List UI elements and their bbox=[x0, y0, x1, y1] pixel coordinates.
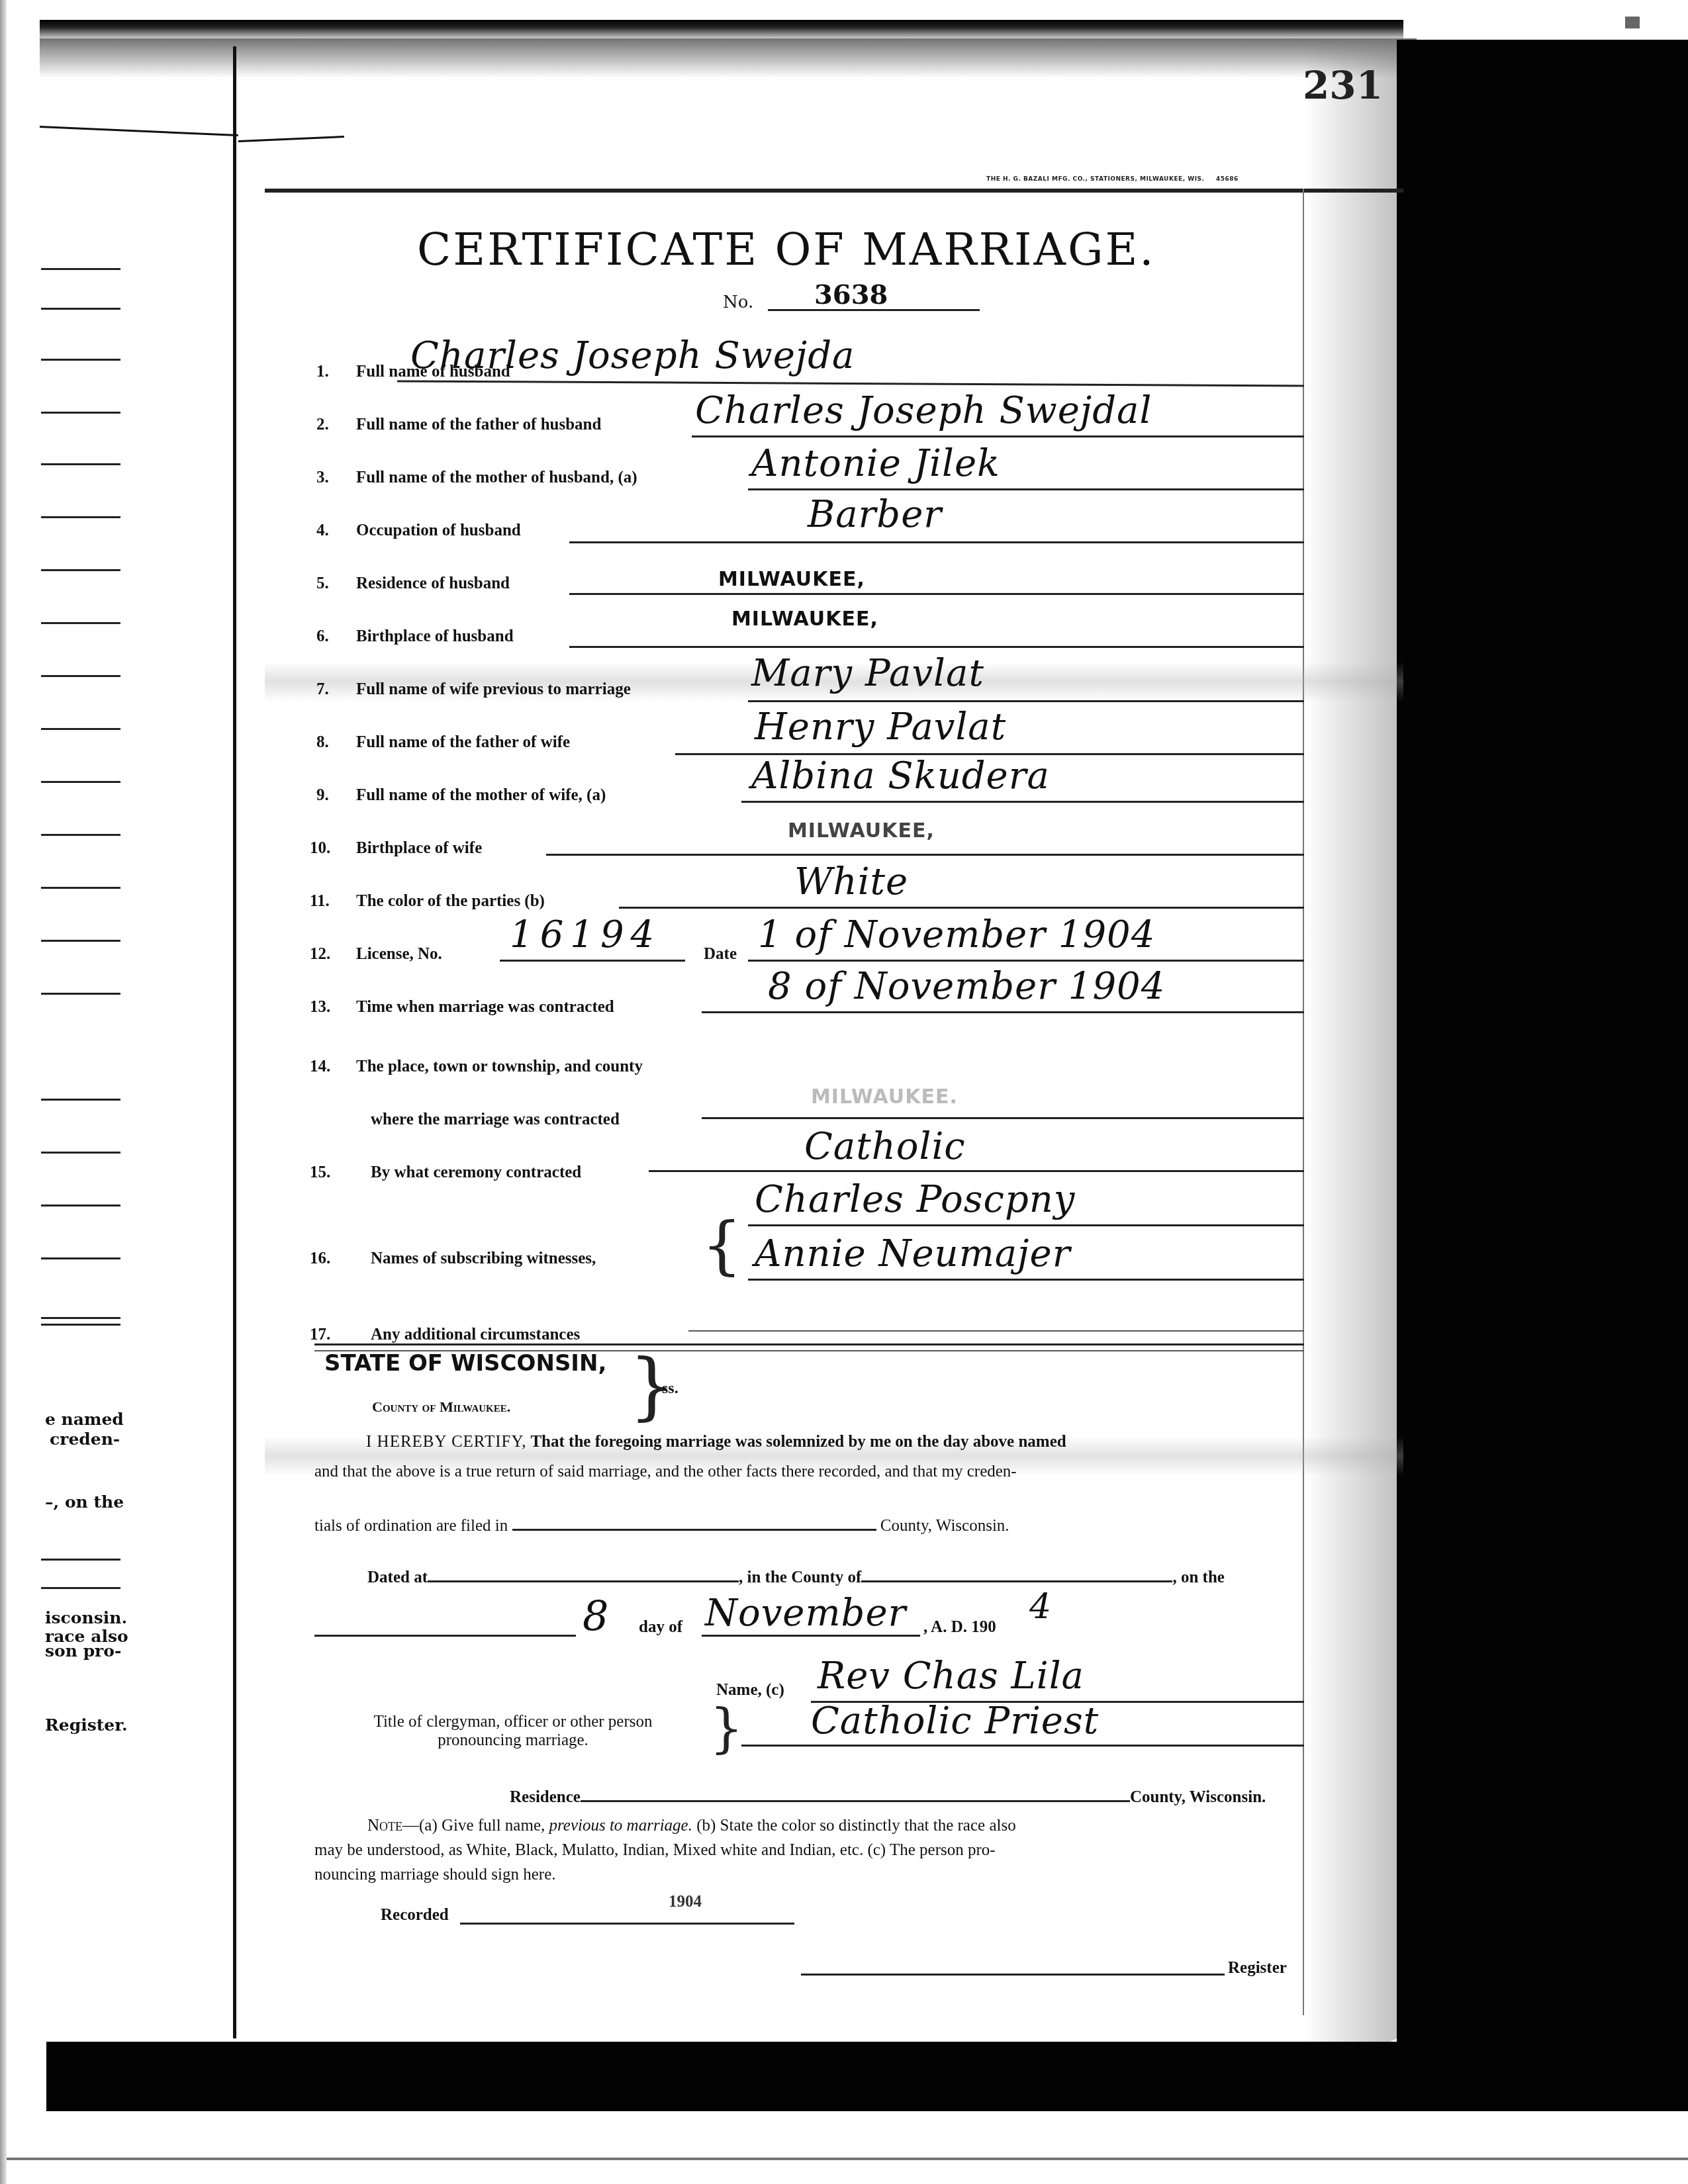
stub-rule bbox=[41, 728, 120, 730]
stub-rule bbox=[41, 1205, 120, 1206]
residence-suffix: County, Wisconsin. bbox=[1130, 1788, 1266, 1806]
field-number: 5. bbox=[316, 574, 329, 593]
fill-line bbox=[741, 1745, 1304, 1747]
printer-imprint: THE H. G. BAZALI MFG. CO., STATIONERS, M… bbox=[986, 176, 1239, 183]
certificate-number-label: No. bbox=[723, 293, 753, 312]
residence-line: ResidenceCounty, Wisconsin. bbox=[510, 1787, 1266, 1807]
fill-line bbox=[748, 1224, 1304, 1226]
fill-line bbox=[688, 1330, 1304, 1332]
day-of-label: day of bbox=[639, 1618, 682, 1637]
dated-at-label: Dated at bbox=[367, 1569, 428, 1586]
field-label: License, No. bbox=[356, 945, 442, 964]
field-number: 1. bbox=[316, 363, 329, 381]
stub-rule bbox=[41, 412, 120, 414]
field-label: Full name of the father of husband bbox=[356, 416, 601, 434]
officiant-name-value[interactable]: Rev Chas Lila bbox=[818, 1655, 1084, 1698]
officiant-title-label-line2: pronouncing marriage. bbox=[314, 1731, 712, 1750]
stub-rule bbox=[41, 1099, 120, 1101]
marriage-place-value[interactable]: MILWAUKEE. bbox=[811, 1085, 958, 1109]
wife-mother-value[interactable]: Albina Skudera bbox=[751, 754, 1050, 797]
officiant-name-label: Name, (c) bbox=[716, 1681, 784, 1700]
facing-page-text: creden- bbox=[50, 1430, 120, 1449]
certificate-title: CERTIFICATE OF MARRIAGE. bbox=[417, 224, 1156, 275]
page-shadow bbox=[40, 38, 1417, 78]
certify-lead: I HEREBY CERTIFY, bbox=[366, 1433, 527, 1451]
field-number: 13. bbox=[310, 998, 330, 1017]
field-label: Full name of the mother of husband, (a) bbox=[356, 469, 637, 487]
field-row-marriage-place: 14. The place, town or township, and cou… bbox=[316, 1039, 1309, 1079]
fill-line bbox=[748, 1279, 1304, 1281]
stub-rule bbox=[41, 308, 120, 310]
printer-imprint-text: THE H. G. BAZALI MFG. CO., STATIONERS, M… bbox=[986, 176, 1204, 183]
field-row-additional: 17. Any additional circumstances bbox=[316, 1307, 1309, 1347]
field-label: Full name of the father of wife bbox=[356, 733, 570, 752]
field-number: 14. bbox=[310, 1058, 330, 1076]
field-label: The place, town or township, and county bbox=[356, 1058, 643, 1076]
field-number: 17. bbox=[310, 1326, 330, 1344]
facing-page-text: Register. bbox=[45, 1715, 128, 1735]
officiant-title-value[interactable]: Catholic Priest bbox=[811, 1700, 1099, 1743]
on-the-label: , on the bbox=[1172, 1569, 1224, 1586]
printer-form-number: 45686 bbox=[1216, 176, 1239, 183]
officiant-title-label: Title of clergyman, officer or other per… bbox=[314, 1713, 712, 1750]
facing-page-text: e named bbox=[45, 1410, 124, 1429]
certify-text: That the foregoing marriage was solemniz… bbox=[530, 1433, 1066, 1451]
field-label: Residence of husband bbox=[356, 574, 510, 593]
license-date-value[interactable]: 1 of November 1904 bbox=[758, 913, 1155, 956]
in-county-field[interactable] bbox=[861, 1567, 1172, 1582]
fill-line bbox=[748, 700, 1304, 702]
residence-label: Residence bbox=[510, 1788, 581, 1806]
field-number: 7. bbox=[316, 680, 329, 699]
fill-line bbox=[801, 1974, 1225, 1976]
license-number-value[interactable]: 16194 bbox=[510, 913, 661, 956]
residence-field[interactable] bbox=[581, 1787, 1130, 1802]
register-label: Register bbox=[1228, 1959, 1287, 1978]
wife-father-value[interactable]: Henry Pavlat bbox=[755, 705, 1006, 749]
stub-rule bbox=[41, 675, 120, 677]
facing-page-text: –, on the bbox=[45, 1492, 124, 1512]
header-rule bbox=[265, 189, 1403, 193]
certify-line-1: I HEREBY CERTIFY, That the foregoing mar… bbox=[366, 1433, 1066, 1451]
stub-rule bbox=[41, 887, 120, 889]
field-label: The color of the parties (b) bbox=[356, 892, 545, 911]
stub-rule bbox=[41, 1317, 120, 1319]
field-number: 8. bbox=[316, 733, 329, 752]
field-label: Full name of wife previous to marriage bbox=[356, 680, 631, 699]
field-number: 12. bbox=[310, 945, 330, 964]
binding-fold-line bbox=[233, 46, 236, 2038]
field-label: Occupation of husband bbox=[356, 522, 521, 540]
field-number: 3. bbox=[316, 469, 329, 487]
certify-line-3: tials of ordination are filed in County,… bbox=[314, 1516, 1009, 1535]
stub-rule bbox=[41, 463, 120, 465]
marriage-time-value[interactable]: 8 of November 1904 bbox=[768, 965, 1165, 1008]
stub-rule bbox=[41, 1559, 120, 1561]
ss-label: ss. bbox=[662, 1380, 679, 1398]
husband-father-value[interactable]: Charles Joseph Swejdal bbox=[695, 389, 1152, 432]
credentials-county-field[interactable] bbox=[512, 1516, 876, 1531]
scan-bottom-rule bbox=[7, 2158, 1688, 2160]
husband-occupation-value[interactable]: Barber bbox=[808, 493, 942, 536]
field-label: By what ceremony contracted bbox=[371, 1163, 581, 1182]
fill-line bbox=[546, 854, 1304, 856]
fill-line bbox=[692, 435, 1304, 437]
field-number: 4. bbox=[316, 522, 329, 540]
page-number: 231 bbox=[1303, 63, 1383, 108]
fill-line bbox=[741, 801, 1304, 803]
note-text-b: (b) State the color so distinctly that t… bbox=[696, 1817, 1016, 1835]
scan-edge bbox=[0, 0, 7, 2184]
color-of-parties-value[interactable]: White bbox=[794, 860, 908, 903]
dated-at-field[interactable] bbox=[428, 1567, 739, 1582]
note-text-italic: previous to marriage. bbox=[549, 1817, 692, 1835]
fill-line bbox=[702, 1117, 1304, 1119]
officiant-title-label-line1: Title of clergyman, officer or other per… bbox=[314, 1713, 712, 1731]
stub-rule bbox=[41, 940, 120, 942]
fill-line bbox=[460, 1923, 794, 1925]
field-label: Full name of the mother of wife, (a) bbox=[356, 786, 606, 805]
fill-line bbox=[569, 541, 1304, 543]
year-suffix-value[interactable]: 4 bbox=[1029, 1587, 1052, 1627]
husband-name-value[interactable]: Charles Joseph Swejda bbox=[410, 334, 855, 377]
ceremony-value[interactable]: Catholic bbox=[804, 1125, 966, 1168]
stub-rule bbox=[41, 1587, 120, 1589]
license-date-label: Date bbox=[704, 945, 737, 964]
stub-rule bbox=[41, 1257, 120, 1259]
fill-line bbox=[569, 646, 1304, 648]
field-label: Birthplace of wife bbox=[356, 839, 482, 858]
day-value[interactable]: 8 bbox=[583, 1592, 609, 1640]
husband-mother-value[interactable]: Antonie Jilek bbox=[751, 442, 1000, 485]
ad-label: , A. D. 190 bbox=[923, 1618, 996, 1637]
credentials-county-suffix: County, Wisconsin. bbox=[880, 1517, 1009, 1535]
witness-2-value[interactable]: Annie Neumajer bbox=[755, 1232, 1070, 1275]
field-number: 10. bbox=[310, 839, 330, 858]
fill-line bbox=[649, 1170, 1304, 1172]
double-rule-top bbox=[314, 1343, 1304, 1345]
certify-line-2: and that the above is a true return of s… bbox=[314, 1463, 1017, 1481]
witnesses-brace: { bbox=[702, 1208, 742, 1282]
dated-at-line: Dated at, in the County of, on the bbox=[367, 1567, 1225, 1587]
note-text-a: —(a) Give full name, bbox=[402, 1817, 545, 1835]
stub-rule bbox=[41, 834, 120, 836]
facing-page-text: isconsin. bbox=[45, 1608, 127, 1627]
note-line-2: may be understood, as White, Black, Mula… bbox=[314, 1841, 996, 1860]
fill-line bbox=[569, 593, 1304, 595]
field-number: 16. bbox=[310, 1250, 330, 1268]
facing-page-text: son pro- bbox=[45, 1641, 121, 1661]
scanner-bed-bottom bbox=[46, 2042, 1688, 2111]
county-label: County of Milwaukee. bbox=[372, 1398, 510, 1416]
stub-rule bbox=[41, 1152, 120, 1154]
in-county-label: , in the County of bbox=[739, 1569, 861, 1586]
wife-maiden-name-value[interactable]: Mary Pavlat bbox=[751, 652, 984, 695]
husband-residence-value[interactable]: MILWAUKEE, bbox=[718, 568, 865, 591]
note-line-1: Note—(a) Give full name, previous to mar… bbox=[367, 1817, 1016, 1835]
fill-line bbox=[748, 488, 1304, 490]
state-label: STATE OF WISCONSIN, bbox=[324, 1350, 606, 1377]
officiant-title-brace: } bbox=[710, 1698, 743, 1759]
stub-rule bbox=[41, 359, 120, 361]
husband-birthplace-value[interactable]: MILWAUKEE, bbox=[731, 608, 878, 631]
stub-rule bbox=[41, 993, 120, 995]
fill-line bbox=[619, 907, 1304, 909]
field-label: Time when marriage was contracted bbox=[356, 998, 614, 1017]
field-label: Names of subscribing witnesses, bbox=[371, 1250, 596, 1268]
wife-birthplace-value[interactable]: MILWAUKEE, bbox=[788, 819, 935, 842]
fill-line bbox=[748, 960, 1304, 962]
scan-corner-mark bbox=[1625, 17, 1640, 28]
field-number: 9. bbox=[316, 786, 329, 805]
stub-rule bbox=[41, 1324, 120, 1326]
stub-rule bbox=[41, 622, 120, 624]
field-number: 2. bbox=[316, 416, 329, 434]
stub-rule bbox=[41, 516, 120, 518]
fill-line bbox=[702, 1635, 920, 1637]
stub-rule bbox=[41, 569, 120, 571]
certificate-number-value: 3638 bbox=[768, 281, 980, 311]
fill-line bbox=[314, 1635, 576, 1637]
field-label: Any additional circumstances bbox=[371, 1326, 580, 1344]
field-number: 15. bbox=[310, 1163, 330, 1182]
fill-line bbox=[500, 960, 685, 962]
recorded-value[interactable]: 1904 bbox=[669, 1893, 702, 1911]
credentials-label: tials of ordination are filed in bbox=[314, 1517, 508, 1535]
fill-line bbox=[702, 1011, 1304, 1013]
field-number: 6. bbox=[316, 627, 329, 646]
note-line-3: nouncing marriage should sign here. bbox=[314, 1866, 556, 1884]
field-label: Birthplace of husband bbox=[356, 627, 514, 646]
note-lead: Note bbox=[367, 1817, 402, 1835]
stub-rule bbox=[41, 781, 120, 783]
recorded-label: Recorded bbox=[381, 1906, 449, 1925]
field-number: 11. bbox=[310, 892, 330, 911]
witness-1-value[interactable]: Charles Poscpny bbox=[755, 1178, 1075, 1221]
month-value[interactable]: November bbox=[705, 1592, 906, 1635]
field-label: where the marriage was contracted bbox=[371, 1111, 620, 1129]
scanner-shadow-top bbox=[40, 20, 1403, 38]
scanner-bed-right bbox=[1397, 40, 1688, 2058]
stub-rule bbox=[41, 268, 120, 270]
